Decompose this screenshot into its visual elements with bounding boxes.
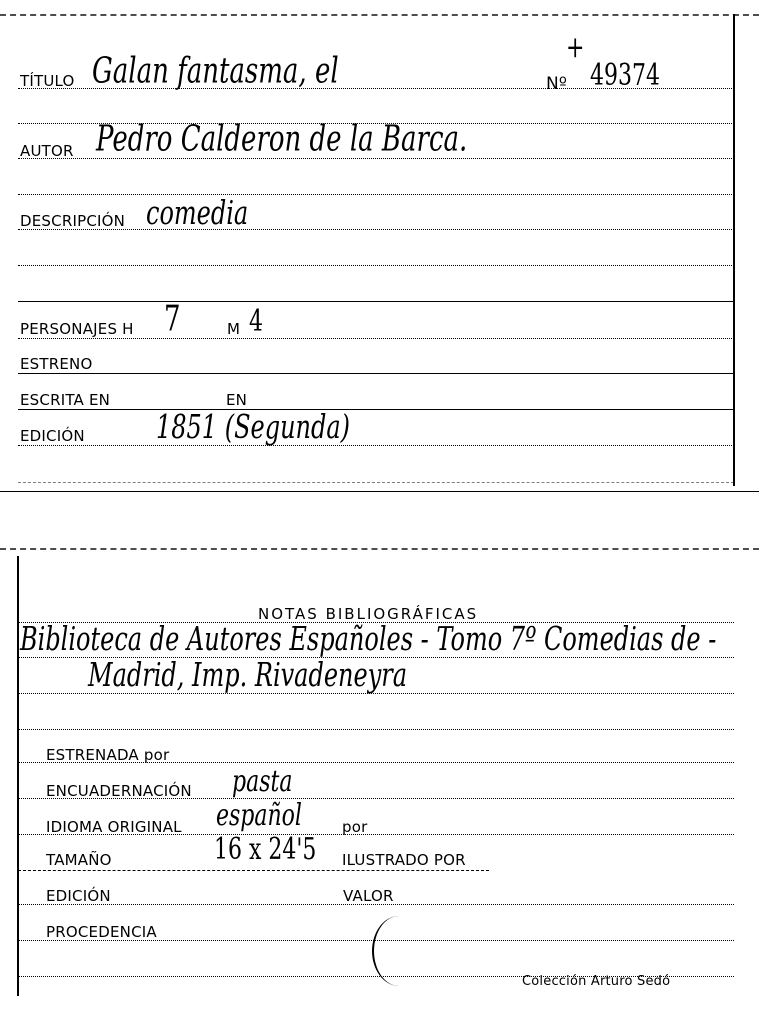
notas-line-1: Biblioteca de Autores Españoles - Tomo 7… bbox=[20, 620, 716, 658]
edicion-back-label: EDICIÓN bbox=[46, 887, 111, 905]
card-bottom-edge bbox=[0, 491, 759, 492]
rule-line bbox=[18, 729, 734, 730]
tamano-line bbox=[18, 870, 489, 871]
personajes-m-value: 4 bbox=[249, 305, 263, 339]
estreno-label: ESTRENO bbox=[20, 355, 93, 373]
personajes-line bbox=[18, 338, 734, 339]
numero-mark: + bbox=[566, 31, 584, 65]
rule-line bbox=[18, 194, 734, 195]
rule-line bbox=[18, 265, 734, 266]
titulo-line bbox=[18, 88, 734, 89]
tamano-label: TAMAÑO bbox=[46, 851, 112, 869]
titulo-value: Galan fantasma, el bbox=[92, 52, 339, 93]
notas-line-2: Madrid, Imp. Rivadeneyra bbox=[88, 656, 407, 694]
catalog-card-front: TÍTULO Galan fantasma, el + Nº 49374 AUT… bbox=[0, 0, 759, 500]
descripcion-label: DESCRIPCIÓN bbox=[20, 212, 125, 230]
notas-line-2-rule bbox=[18, 693, 734, 694]
tamano-value: 16 x 24'5 bbox=[214, 833, 316, 867]
procedencia-label: PROCEDENCIA bbox=[46, 923, 157, 941]
numero-label: Nº bbox=[546, 74, 567, 94]
card-top-edge bbox=[0, 14, 759, 19]
escrita-en-line bbox=[18, 409, 734, 410]
personajes-h-value: 7 bbox=[164, 300, 181, 341]
descripcion-line bbox=[18, 229, 734, 230]
personajes-label: PERSONAJES H bbox=[20, 320, 134, 338]
estreno-line bbox=[18, 373, 734, 374]
rule-line bbox=[18, 301, 734, 302]
encuadernacion-value: pasta bbox=[232, 765, 292, 799]
valor-label: VALOR bbox=[343, 887, 394, 905]
escrita-en-en-label: EN bbox=[226, 391, 247, 409]
autor-line bbox=[18, 158, 734, 159]
autor-value: Pedro Calderon de la Barca. bbox=[96, 120, 467, 161]
idioma-line bbox=[18, 834, 734, 835]
ilustrado-por-label: ILUSTRADO POR bbox=[342, 851, 466, 869]
catalog-card-back: NOTAS BIBLIOGRÁFICAS Biblioteca de Autor… bbox=[0, 540, 759, 1028]
coleccion-stamp: Colección Arturo Sedó bbox=[522, 974, 670, 989]
encuadernacion-line bbox=[18, 798, 734, 799]
descripcion-value: comedia bbox=[146, 194, 248, 232]
idioma-value: español bbox=[216, 799, 302, 833]
rule-line bbox=[18, 482, 734, 483]
edicion-label: EDICIÓN bbox=[20, 427, 85, 445]
estrenada-line bbox=[18, 762, 734, 763]
card-top-edge bbox=[0, 548, 759, 553]
personajes-m-label: M bbox=[227, 320, 240, 338]
escrita-en-label: ESCRITA EN bbox=[20, 391, 110, 409]
edicion-line bbox=[18, 445, 734, 446]
edicion-value: 1851 (Segunda) bbox=[156, 408, 350, 446]
card-right-edge bbox=[733, 14, 735, 486]
edicion-back-line bbox=[18, 904, 734, 905]
